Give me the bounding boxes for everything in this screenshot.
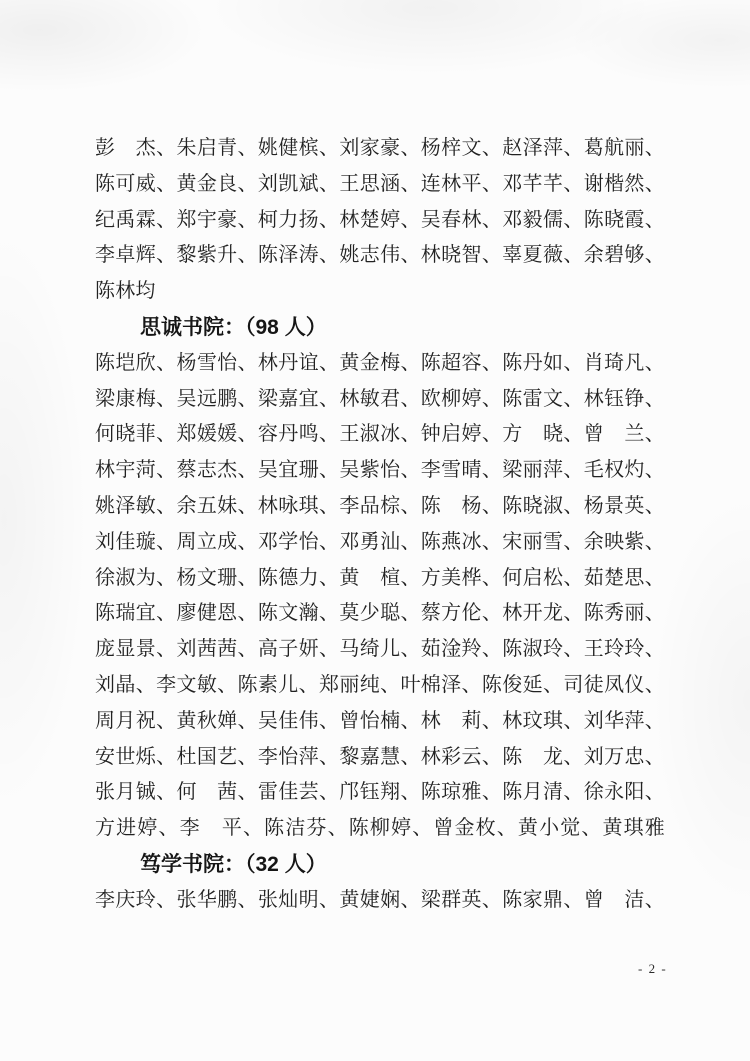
name-list-line: 陈林均 (95, 274, 665, 310)
name-list-line: 李庆玲、张华鹏、张灿明、黄婕娴、梁群英、陈家鼎、曾 洁、 (95, 883, 665, 919)
name-list-line: 安世烁、杜国艺、李怡萍、黎嘉慧、林彩云、陈 龙、刘万忠、 (95, 740, 665, 776)
name-list-line: 徐淑为、杨文珊、陈德力、黄 楦、方美桦、何启松、茹楚思、 (95, 561, 665, 597)
name-list-line: 林宇菏、蔡志杰、吴宜珊、吴紫怡、李雪晴、梁丽萍、毛权灼、 (95, 453, 665, 489)
name-list-line: 姚泽敏、余五妹、林咏琪、李品棕、陈 杨、陈晓淑、杨景英、 (95, 489, 665, 525)
name-list-line: 何晓菲、郑媛媛、容丹鸣、王淑冰、钟启婷、方 晓、曾 兰、 (95, 417, 665, 453)
name-list-line: 周月祝、黄秋婵、吴佳伟、曾怡楠、林 莉、林玟琪、刘华萍、 (95, 704, 665, 740)
name-list-line: 陈可威、黄金良、刘凯斌、王思涵、连林平、邓芊芊、谢楷然、 (95, 167, 665, 203)
name-list-line: 刘佳璇、周立成、邓学怡、邓勇汕、陈燕冰、宋丽雪、余映紫、 (95, 525, 665, 561)
page-number: - 2 - (638, 961, 667, 977)
document-page: 彭 杰、朱启青、姚健槟、刘家豪、杨梓文、赵泽萍、葛航丽、陈可威、黄金良、刘凯斌、… (0, 0, 750, 1061)
name-list-line: 李卓辉、黎紫升、陈泽涛、姚志伟、林晓智、辜夏薇、余碧够、 (95, 238, 665, 274)
name-list-line: 陈瑞宜、廖健恩、陈文瀚、莫少聪、蔡方伦、林开龙、陈秀丽、 (95, 596, 665, 632)
document-content: 彭 杰、朱启青、姚健槟、刘家豪、杨梓文、赵泽萍、葛航丽、陈可威、黄金良、刘凯斌、… (95, 131, 665, 919)
name-list-line: 刘晶、李文敏、陈素儿、郑丽纯、叶棉泽、陈俊延、司徒凤仪、 (95, 668, 665, 704)
name-list-line: 张月铖、何 茜、雷佳芸、邝钰翔、陈琼雅、陈月清、徐永阳、 (95, 775, 665, 811)
name-list-line: 陈垲欣、杨雪怡、林丹谊、黄金梅、陈超容、陈丹如、肖琦凡、 (95, 346, 665, 382)
section-heading: 笃学书院：（32 人） (95, 847, 665, 883)
name-list-line: 彭 杰、朱启青、姚健槟、刘家豪、杨梓文、赵泽萍、葛航丽、 (95, 131, 665, 167)
section-heading: 思诚书院：（98 人） (95, 310, 665, 346)
name-list-line: 纪禹霖、郑宇豪、柯力扬、林楚婷、吴春林、邓毅儒、陈晓霞、 (95, 203, 665, 239)
name-list-line: 庞显景、刘茜茜、高子妍、马绮儿、茹淦羚、陈淑玲、王玲玲、 (95, 632, 665, 668)
name-list-line: 方进婷、李 平、陈洁芬、陈柳婷、曾金枚、黄小觉、黄琪雅 (95, 811, 665, 847)
name-list-line: 梁康梅、吴远鹏、梁嘉宜、林敏君、欧柳婷、陈雷文、林钰铮、 (95, 382, 665, 418)
